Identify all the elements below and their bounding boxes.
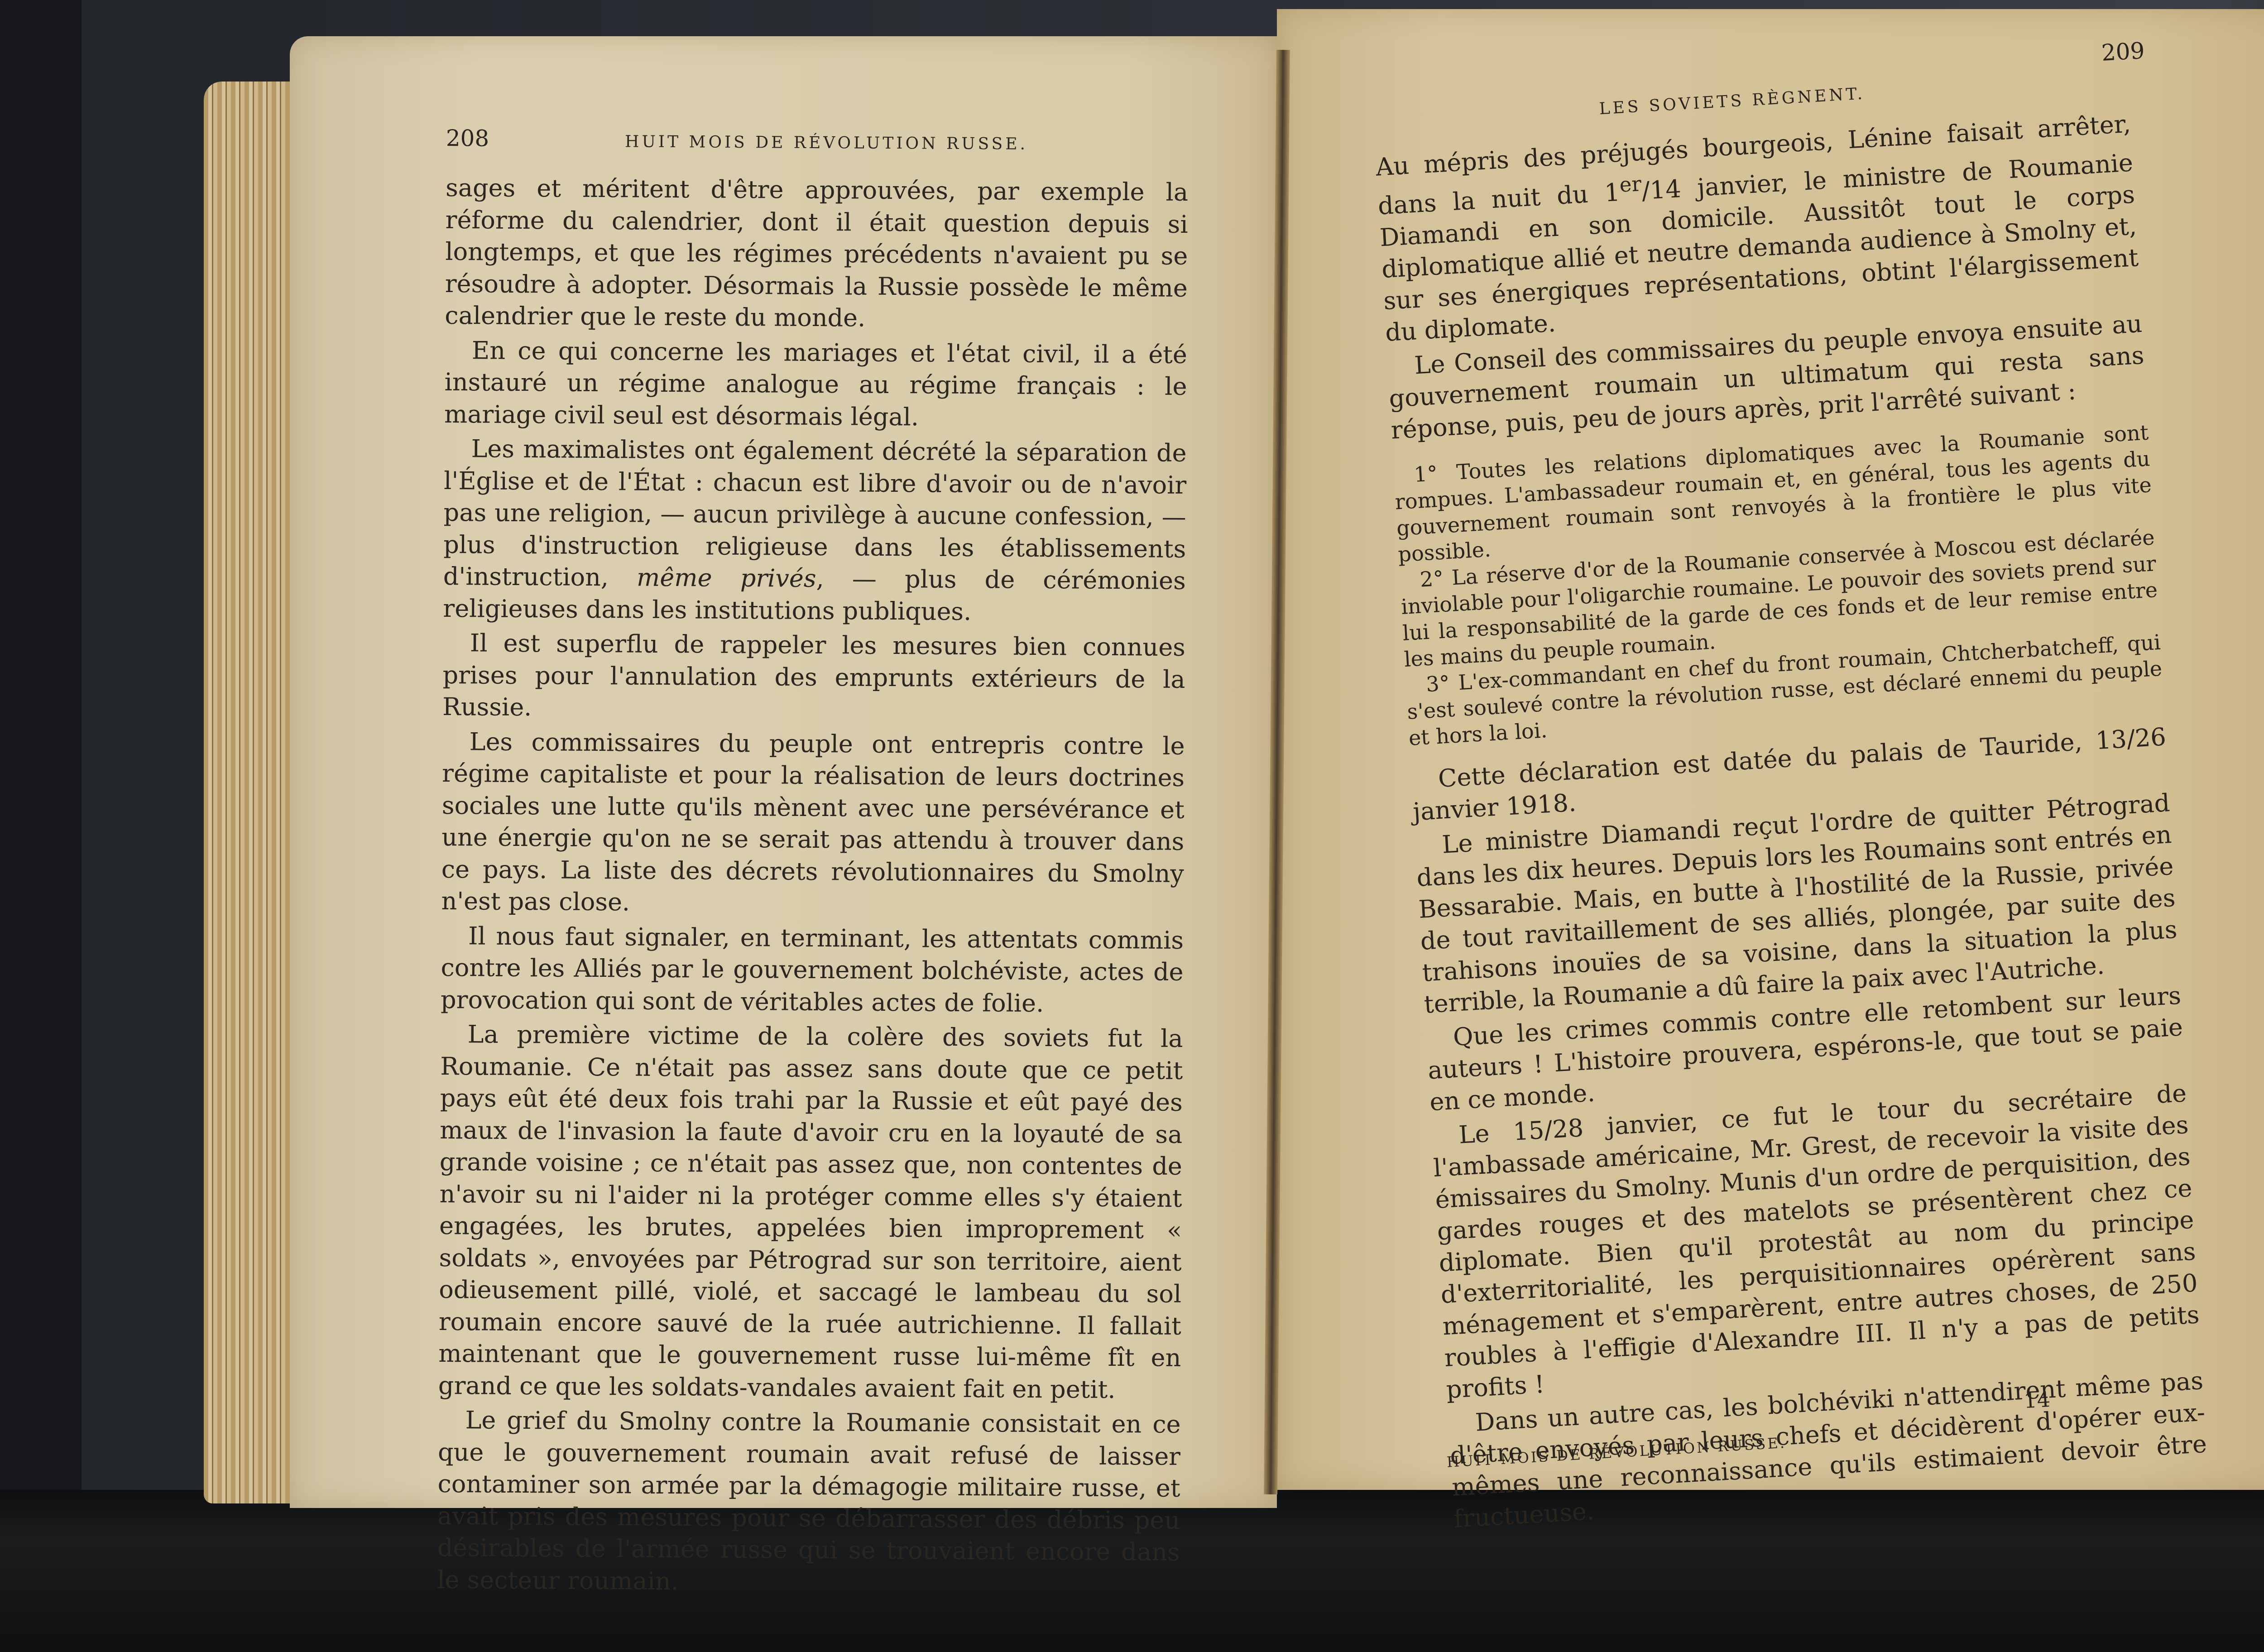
paragraph: La première victime de la colère des sov… — [438, 1018, 1183, 1406]
paragraph: Il est superflu de rappeler les mesures … — [442, 627, 1185, 728]
right-page-text: LES SOVIETS RÈGNENT. 209 Au mépris des p… — [1372, 58, 2210, 1535]
italic-emphasis: même privés — [637, 563, 816, 593]
decree-block: 1° Toutes les relations diplomatiques av… — [1393, 419, 2164, 751]
paragraph: Le grief du Smolny contre la Roumanie co… — [437, 1404, 1181, 1600]
page-number: 209 — [2101, 35, 2145, 69]
paragraph: Les commissaires du peuple ont entrepris… — [441, 725, 1185, 922]
paragraph: Il nous faut signaler, en terminant, les… — [441, 920, 1184, 1020]
paragraph: Le ministre Diamandi reçut l'ordre de qu… — [1414, 787, 2180, 1020]
superscript: er — [1619, 172, 1642, 197]
running-head-title: HUIT MOIS DE RÉVOLUTION RUSSE. — [625, 126, 1028, 160]
page-number: 208 — [446, 122, 489, 154]
paragraph: En ce qui concerne les mariages et l'éta… — [444, 334, 1187, 435]
paragraph: sages et méritent d'être approuvées, par… — [445, 172, 1188, 336]
left-page-text: 208 HUIT MOIS DE RÉVOLUTION RUSSE. sages… — [437, 122, 1189, 1600]
signature-mark: 14 — [2023, 1387, 2051, 1413]
paragraph: Le 15/28 janvier, ce fut le tour du secr… — [1431, 1077, 2202, 1406]
background-left-panel — [0, 0, 91, 1652]
running-head-left: 208 HUIT MOIS DE RÉVOLUTION RUSSE. — [446, 122, 1189, 177]
paragraph: Les maximalistes ont également décrété l… — [443, 433, 1187, 629]
